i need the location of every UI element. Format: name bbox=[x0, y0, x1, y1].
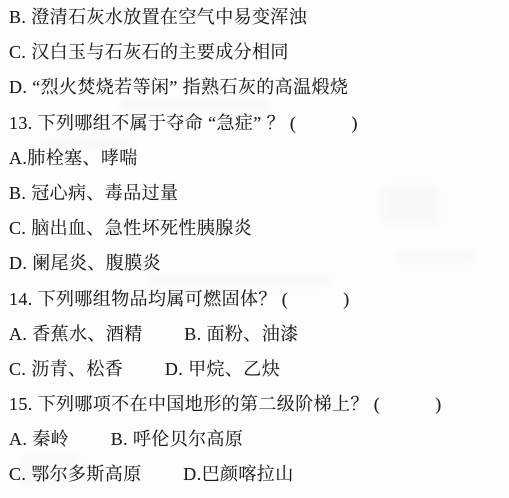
q13-option-a: A.肺栓塞、哮喘 bbox=[0, 141, 509, 176]
q13-option-d: D. 阑尾炎、腹膜炎 bbox=[0, 246, 509, 281]
scanned-exam-page: B. 澄清石灰水放置在空气中易变浑浊 C. 汉白玉与石灰石的主要成分相同 D. … bbox=[0, 0, 509, 498]
prev-question-option-c: C. 汉白玉与石灰石的主要成分相同 bbox=[0, 35, 509, 70]
q13-option-b: B. 冠心病、毒品过量 bbox=[0, 176, 509, 211]
prev-question-option-b: B. 澄清石灰水放置在空气中易变浑浊 bbox=[0, 0, 509, 35]
question-list: B. 澄清石灰水放置在空气中易变浑浊 C. 汉白玉与石灰石的主要成分相同 D. … bbox=[0, 0, 509, 493]
q15-options-a-b: A. 秦岭 B. 呼伦贝尔高原 bbox=[0, 422, 509, 457]
q14-options-c-d: C. 沥青、松香 D. 甲烷、乙炔 bbox=[0, 352, 509, 387]
question-14-title: 14. 下列哪组物品均属可燃固体？ ( ) bbox=[0, 282, 509, 317]
question-13-title: 13. 下列哪组不属于夺命 “急症” ？ ( ) bbox=[0, 106, 509, 141]
question-15-title: 15. 下列哪项不在中国地形的第二级阶梯上？ ( ) bbox=[0, 387, 509, 422]
prev-question-option-d: D. “烈火焚烧若等闲” 指熟石灰的高温煅烧 bbox=[0, 70, 509, 105]
q15-options-c-d: C. 鄂尔多斯高原 D.巴颜喀拉山 bbox=[0, 457, 509, 492]
q13-option-c: C. 脑出血、急性坏死性胰腺炎 bbox=[0, 211, 509, 246]
q14-options-a-b: A. 香蕉水、酒精 B. 面粉、油漆 bbox=[0, 317, 509, 352]
